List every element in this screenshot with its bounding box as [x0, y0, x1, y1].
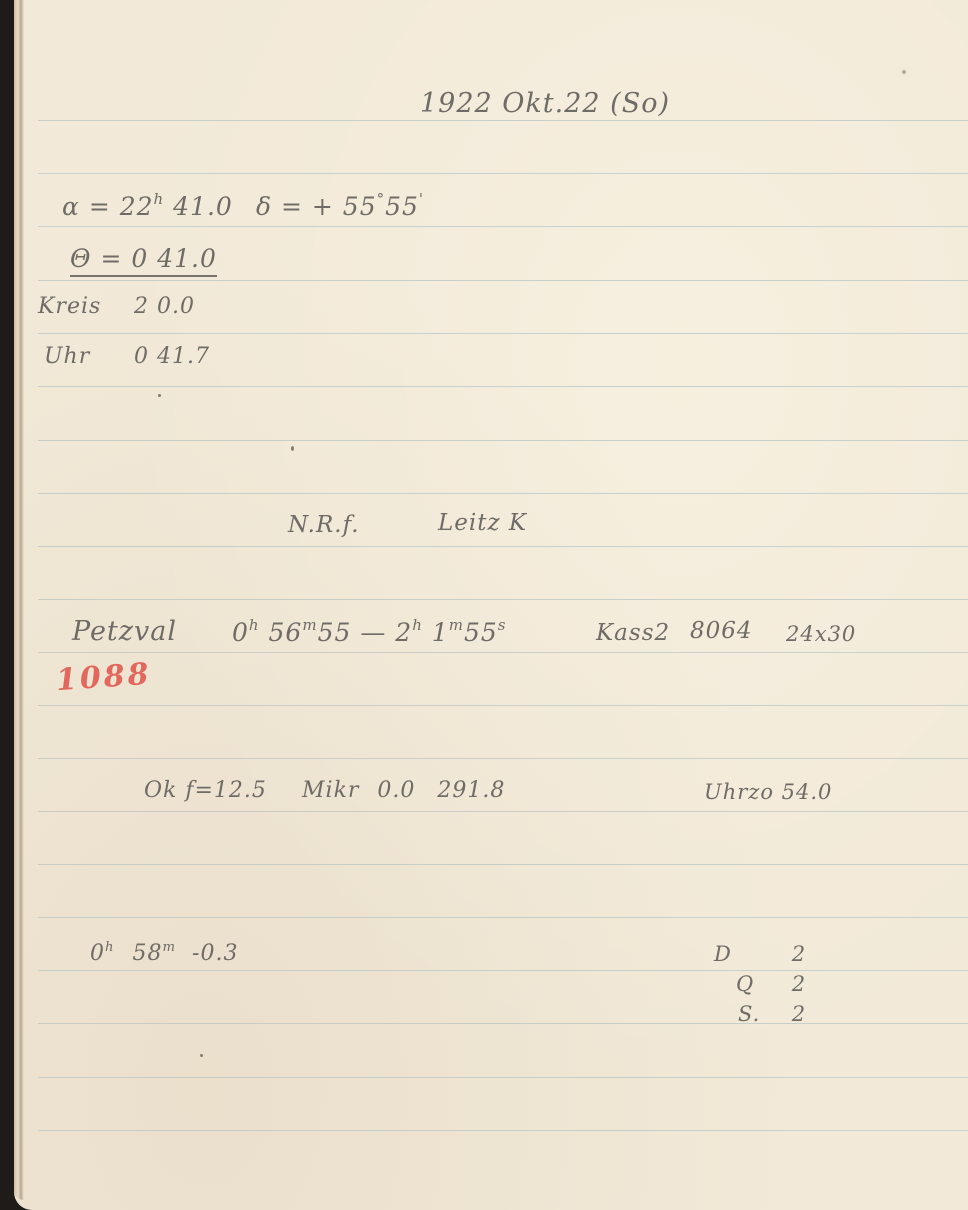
ruled-line [38, 386, 968, 387]
end-minutes: 1 [432, 618, 449, 647]
mikr-label: Mikr [302, 778, 359, 803]
mikr-value: 0.0 [377, 778, 415, 803]
end-seconds-unit: s [498, 616, 507, 634]
ruled-line [38, 546, 968, 547]
declination: δ = + 55°55' [256, 190, 424, 221]
rating-value: 2 [792, 942, 806, 966]
uhrzo-label: Uhrzo [704, 780, 774, 804]
delta-minutes-unit: ' [419, 190, 424, 208]
end-seconds: 55 [464, 618, 498, 647]
delta-degrees: 55 [343, 192, 377, 221]
start-minutes-unit: m [302, 616, 317, 634]
cc-value: -0.3 [192, 941, 238, 966]
start-minutes: 56 [269, 618, 303, 647]
theta-label: Θ = [70, 244, 122, 273]
right-ascension: α = 22h 41.0 [62, 190, 233, 221]
ruled-line [38, 758, 968, 759]
notebook-page: 1922 Okt.22 (So) α = 22h 41.0 δ = + 55°5… [14, 0, 968, 1210]
page-binding-edge [14, 0, 24, 1200]
ruled-line [38, 120, 968, 121]
uhr-value: 0 41.7 [134, 344, 210, 369]
ruled-line [38, 705, 968, 706]
guide-label: N.R.f. [288, 512, 360, 538]
theta-value: 0 41.0 [131, 244, 217, 273]
ruled-line [38, 1023, 968, 1024]
paper-speck [158, 394, 161, 397]
uhr-correction: Uhrzo 54.0 [704, 780, 832, 804]
kreis-label: Kreis [38, 294, 126, 319]
rating-value: 2 [792, 972, 806, 996]
delta-label: δ = + [256, 192, 334, 221]
paper-speck [291, 446, 294, 451]
rating-label: Q [736, 972, 784, 996]
red-plate-number: 1088 [55, 657, 153, 699]
alpha-minutes: 41.0 [173, 192, 233, 221]
end-hours: 2 [395, 618, 412, 647]
alpha-hours: 22 [120, 192, 154, 221]
micrometer: Mikr 0.0 291.8 [302, 778, 505, 803]
ruled-line [38, 652, 968, 653]
kreis-reading: Kreis 2 0.0 [38, 294, 195, 319]
paper-speck [200, 1054, 203, 1057]
end-hours-unit: h [412, 616, 423, 634]
rating-row: Q 2 [736, 972, 806, 996]
rating-label: S. [738, 1002, 784, 1026]
delta-degrees-unit: ° [377, 190, 386, 208]
ruled-line [38, 333, 968, 334]
rating-row: D 2 [714, 942, 806, 966]
end-minutes-unit: m [449, 616, 464, 634]
ruled-line [38, 226, 968, 227]
delta-minutes: 55 [385, 192, 419, 221]
ruled-line [38, 970, 968, 971]
alpha-hours-unit: h [154, 190, 165, 208]
instrument-name: Petzval [72, 616, 177, 647]
ruled-line [38, 917, 968, 918]
cassette: Kass2 [596, 620, 670, 646]
ocular-focal: Ok f=12.5 [144, 778, 267, 803]
rating-value: 2 [792, 1002, 806, 1026]
alpha-label: α = [62, 192, 111, 221]
rating-label: D [714, 942, 784, 966]
uhr-reading: Uhr 0 41.7 [44, 344, 210, 369]
kreis-value: 2 0.0 [134, 294, 195, 319]
start-hours: 0 [232, 618, 249, 647]
plate-size: 24x30 [786, 622, 856, 646]
cc-minutes: 58 [133, 941, 163, 966]
uhr-label: Uhr [44, 344, 126, 369]
ruled-line [38, 440, 968, 441]
plate-number: 8064 [690, 618, 753, 644]
ruled-line [38, 173, 968, 174]
exposure-interval: 0h 56m55 — 2h 1m55s [232, 616, 506, 647]
rating-row: S. 2 [738, 1002, 806, 1026]
interval-dash: — [360, 618, 386, 647]
ruled-line [38, 1077, 968, 1078]
cc-hours-unit: h [105, 940, 115, 955]
ruled-line [38, 1130, 968, 1131]
start-seconds: 55 [318, 618, 352, 647]
cc-hours: 0 [90, 941, 105, 966]
ruled-line [38, 811, 968, 812]
start-hours-unit: h [249, 616, 260, 634]
cc-minutes-unit: m [163, 940, 177, 955]
guide-leitstern: Leitz K [438, 510, 527, 536]
uhrzo-value: 54.0 [782, 780, 833, 804]
ruled-line [38, 599, 968, 600]
entry-date: 1922 Okt.22 (So) [420, 88, 670, 119]
ruled-line [38, 864, 968, 865]
clock-correction: 0h 58m -0.3 [90, 940, 238, 966]
ruled-line [38, 493, 968, 494]
paper-speck [902, 70, 906, 74]
sidereal-time: Θ = 0 41.0 [70, 244, 217, 277]
position-angle: 291.8 [437, 778, 505, 803]
ruled-line [38, 280, 968, 281]
